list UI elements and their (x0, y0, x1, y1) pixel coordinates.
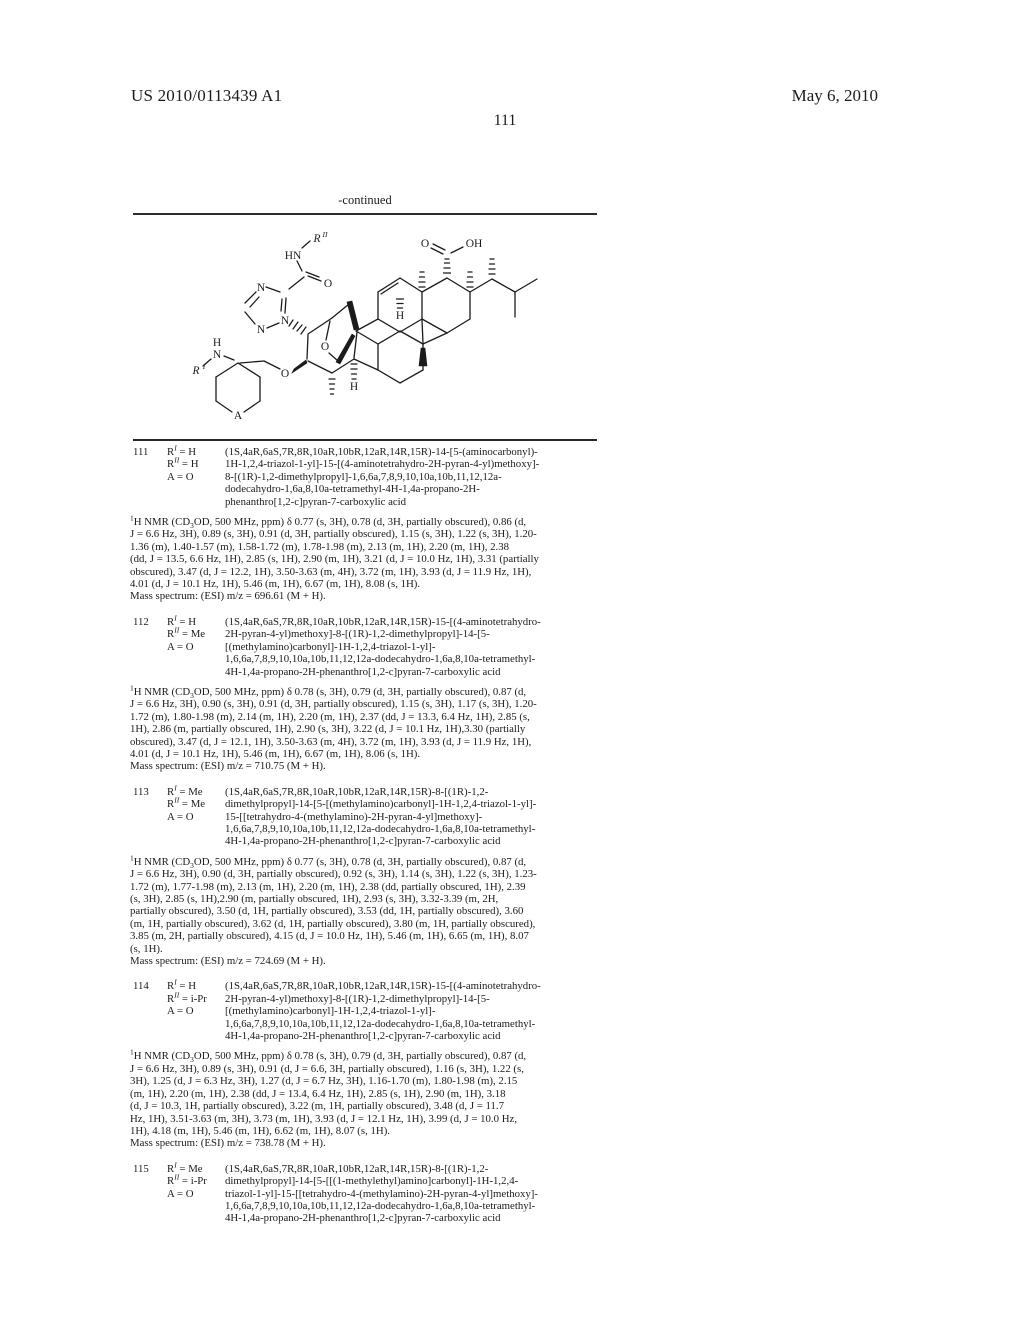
name-line: 4H-1,4a-propano-2H-phenanthro[1,2-c]pyra… (225, 666, 604, 678)
triazole-n4-label: N (257, 282, 266, 294)
compound-name: (1S,4aR,6aS,7R,8R,10aR,10bR,12aR,14R,15R… (225, 980, 604, 1042)
nmr-line: 1.72 (m), 1.80-1.98 (m), 2.14 (m, 1H), 2… (130, 711, 604, 723)
nmr-line: 1H NMR (CD3OD, 500 MHz, ppm) δ 0.78 (s, … (130, 1050, 604, 1062)
compound-name: (1S,4aR,6aS,7R,8R,10aR,10bR,12aR,14R,15R… (225, 446, 604, 508)
patent-page: US 2010/0113439 A1 May 6, 2010 111 -cont… (0, 0, 1024, 1320)
name-line: 4H-1,4a-propano-2H-phenanthro[1,2-c]pyra… (225, 1212, 604, 1224)
nmr-line: obscured), 3.47 (d, J = 12.2, 1H), 3.50-… (130, 566, 604, 578)
substituent-column: RI = HRII = HA = O (167, 446, 225, 483)
r2-superscript: II (322, 230, 328, 239)
compound-name: (1S,4aR,6aS,7R,8R,10aR,10bR,12aR,14R,15R… (225, 616, 604, 678)
nmr-line: 3.85 (m, 2H, partially obscured), 4.15 (… (130, 930, 604, 942)
triazole-n2-label: N (257, 324, 266, 336)
name-line: dimethylpropyl]-14-[5-[[(1-methylethyl)a… (225, 1175, 604, 1187)
substituent-column: RI = HRII = MeA = O (167, 616, 225, 653)
nmr-line: (d, J = 10.3, 1H, partially obscured), 3… (130, 1100, 604, 1112)
nmr-section: 1H NMR (CD3OD, 500 MHz, ppm) δ 0.78 (s, … (130, 1050, 604, 1137)
substituent-line: A = O (167, 471, 225, 483)
cage-h-label: H (350, 381, 358, 393)
compound-head: 112RI = HRII = MeA = O(1S,4aR,6aS,7R,8R,… (130, 616, 604, 678)
amine-n-label: N (213, 349, 222, 361)
superscript: 1 (130, 513, 134, 522)
nmr-line: (s, 3H), 2.85 (s, 1H),2.90 (m, partially… (130, 893, 604, 905)
mass-line: Mass spectrum: (ESI) m/z = 710.75 (M + H… (130, 760, 604, 772)
name-line: (1S,4aR,6aS,7R,8R,10aR,10bR,12aR,14R,15R… (225, 1163, 604, 1175)
name-line: [(methylamino)carbonyl]-1H-1,2,4-triazol… (225, 641, 604, 653)
name-line: 2H-pyran-4-yl)methoxy]-8-[(1R)-1,2-dimet… (225, 628, 604, 640)
r2-label: R (312, 233, 320, 245)
compound-block: 115RI = MeRII = i-PrA = O(1S,4aR,6aS,7R,… (130, 1163, 604, 1225)
substituent-column: RI = MeRII = MeA = O (167, 786, 225, 823)
ether-o-label: O (281, 368, 289, 380)
nmr-line: 1.72 (m), 1.77-1.98 (m), 2.13 (m, 1H), 2… (130, 881, 604, 893)
compound-name: (1S,4aR,6aS,7R,8R,10aR,10bR,12aR,14R,15R… (225, 786, 604, 848)
name-line: 1,6,6a,7,8,9,10,10a,10b,11,12,12a-dodeca… (225, 1200, 604, 1212)
ring-junction-h-label: H (396, 310, 404, 322)
nmr-line: (dd, J = 13.5, 6.6 Hz, 1H), 2.85 (s, 1H)… (130, 553, 604, 565)
nmr-line: 3H), 1.25 (d, J = 6.3 Hz, 3H), 1.27 (d, … (130, 1075, 604, 1087)
nmr-line: (m, 1H), 2.20 (m, 1H), 2.38 (dd, J = 13.… (130, 1088, 604, 1100)
r-superscript: I (174, 613, 177, 622)
r-superscript: II (174, 626, 179, 635)
r-superscript: II (174, 796, 179, 805)
chemical-structure: N N N HN R II O O O N H R I A O OH H H (133, 216, 597, 438)
mass-line: Mass spectrum: (ESI) m/z = 738.78 (M + H… (130, 1137, 604, 1149)
name-line: (1S,4aR,6aS,7R,8R,10aR,10bR,12aR,14R,15R… (225, 446, 604, 458)
compound-block: 113RI = MeRII = MeA = O(1S,4aR,6aS,7R,8R… (130, 786, 604, 968)
nmr-line: Hz, 1H), 3.51-3.63 (m, 3H), 3.73 (m, 1H)… (130, 1113, 604, 1125)
patent-number: US 2010/0113439 A1 (131, 86, 282, 106)
nmr-line: 1H NMR (CD3OD, 500 MHz, ppm) δ 0.77 (s, … (130, 516, 604, 528)
compound-block: 112RI = HRII = MeA = O(1S,4aR,6aS,7R,8R,… (130, 616, 604, 773)
name-line: 1,6,6a,7,8,9,10,10a,10b,11,12,12a-dodeca… (225, 1018, 604, 1030)
name-line: dodecahydro-1,6a,8,10a-tetramethyl-4H-1,… (225, 483, 604, 495)
substituent-line: RII = i-Pr (167, 993, 225, 1005)
amine-h-label: H (213, 337, 221, 349)
superscript: 1 (130, 683, 134, 692)
r1-superscript: I (202, 362, 206, 371)
name-line: (1S,4aR,6aS,7R,8R,10aR,10bR,12aR,14R,15R… (225, 786, 604, 798)
nmr-line: J = 6.6 Hz, 3H), 0.89 (s, 3H), 0.91 (d, … (130, 528, 604, 540)
name-line: (1S,4aR,6aS,7R,8R,10aR,10bR,12aR,14R,15R… (225, 616, 604, 628)
nmr-line: J = 6.6 Hz, 3H), 0.90 (s, 3H), 0.91 (d, … (130, 698, 604, 710)
r-superscript: II (174, 1173, 179, 1182)
nmr-line: J = 6.6 Hz, 3H), 0.89 (s, 3H), 0.91 (d, … (130, 1063, 604, 1075)
substituent-line: A = O (167, 1188, 225, 1200)
name-line: 2H-pyran-4-yl)methoxy]-8-[(1R)-1,2-dimet… (225, 993, 604, 1005)
substituent-line: A = O (167, 811, 225, 823)
substituent-line: RII = i-Pr (167, 1175, 225, 1187)
r-superscript: I (174, 1160, 177, 1169)
nmr-line: 1H NMR (CD3OD, 500 MHz, ppm) δ 0.78 (s, … (130, 686, 604, 698)
substituent-column: RI = MeRII = i-PrA = O (167, 1163, 225, 1200)
nmr-section: 1H NMR (CD3OD, 500 MHz, ppm) δ 0.77 (s, … (130, 516, 604, 590)
mass-line: Mass spectrum: (ESI) m/z = 724.69 (M + H… (130, 955, 604, 967)
compound-list: 111RI = HRII = HA = O(1S,4aR,6aS,7R,8R,1… (130, 446, 604, 1225)
substituent-line: RII = Me (167, 798, 225, 810)
name-line: 1,6,6a,7,8,9,10,10a,10b,11,12,12a-dodeca… (225, 653, 604, 665)
nmr-line: 1.36 (m), 1.40-1.57 (m), 1.58-1.72 (m), … (130, 541, 604, 553)
name-line: 4H-1,4a-propano-2H-phenanthro[1,2-c]pyra… (225, 835, 604, 847)
name-line: 15-[[tetrahydro-4-(methylamino)-2H-pyran… (225, 811, 604, 823)
carboxyl-o-label: O (421, 238, 429, 250)
name-line: phenanthro[1,2-c]pyran-7-carboxylic acid (225, 496, 604, 508)
triazole-n1-label: N (281, 315, 290, 327)
compound-head: 111RI = HRII = HA = O(1S,4aR,6aS,7R,8R,1… (130, 446, 604, 508)
superscript: 1 (130, 853, 134, 862)
compound-number: 111 (130, 446, 167, 458)
compound-head: 115RI = MeRII = i-PrA = O(1S,4aR,6aS,7R,… (130, 1163, 604, 1225)
superscript: 1 (130, 1048, 134, 1057)
nmr-line: J = 6.6 Hz, 3H), 0.90 (d, 3H, partially … (130, 868, 604, 880)
substituent-line: A = O (167, 1005, 225, 1017)
name-line: 1H-1,2,4-triazol-1-yl]-15-[(4-aminotetra… (225, 458, 604, 470)
name-line: 8-[(1R)-1,2-dimethylpropyl]-1,6,6a,7,8,9… (225, 471, 604, 483)
compound-number: 113 (130, 786, 167, 798)
compound-head: 113RI = MeRII = MeA = O(1S,4aR,6aS,7R,8R… (130, 786, 604, 848)
name-line: triazol-1-yl]-15-[[tetrahydro-4-(methyla… (225, 1188, 604, 1200)
nmr-line: 1H), 4.18 (m, 1H), 5.46 (m, 1H), 6.62 (m… (130, 1125, 604, 1137)
compound-block: 114RI = HRII = i-PrA = O(1S,4aR,6aS,7R,8… (130, 980, 604, 1149)
nmr-section: 1H NMR (CD3OD, 500 MHz, ppm) δ 0.77 (s, … (130, 856, 604, 955)
name-line: [(methylamino)carbonyl]-1H-1,2,4-triazol… (225, 1005, 604, 1017)
compound-number: 115 (130, 1163, 167, 1175)
nmr-line: 4.01 (d, J = 10.1 Hz, 1H), 5.46 (m, 1H),… (130, 748, 604, 760)
nmr-line: (m, 1H, partially obscured), 3.62 (d, 1H… (130, 918, 604, 930)
nmr-line: 1H NMR (CD3OD, 500 MHz, ppm) δ 0.77 (s, … (130, 856, 604, 868)
nmr-section: 1H NMR (CD3OD, 500 MHz, ppm) δ 0.78 (s, … (130, 686, 604, 760)
continued-label: -continued (133, 193, 597, 208)
amide-hn-label: HN (285, 250, 302, 262)
r-superscript: II (174, 456, 179, 465)
r-superscript: I (174, 443, 177, 452)
r-superscript: II (174, 990, 179, 999)
name-line: (1S,4aR,6aS,7R,8R,10aR,10bR,12aR,14R,15R… (225, 980, 604, 992)
substituent-line: RII = Me (167, 628, 225, 640)
substituent-line: RII = H (167, 458, 225, 470)
name-line: 1,6,6a,7,8,9,10,10a,10b,11,12,12a-dodeca… (225, 823, 604, 835)
name-line: dimethylpropyl]-14-[5-[(methylamino)carb… (225, 798, 604, 810)
name-line: 4H-1,4a-propano-2H-phenanthro[1,2-c]pyra… (225, 1030, 604, 1042)
compound-name: (1S,4aR,6aS,7R,8R,10aR,10bR,12aR,14R,15R… (225, 1163, 604, 1225)
compound-block: 111RI = HRII = HA = O(1S,4aR,6aS,7R,8R,1… (130, 446, 604, 603)
nmr-line: partially obscured), 3.50 (d, 1H, partia… (130, 905, 604, 917)
page-number: 111 (0, 112, 1010, 130)
nmr-line: (s, 1H). (130, 943, 604, 955)
carboxyl-oh-label: OH (466, 238, 483, 250)
nmr-line: 4.01 (d, J = 10.1 Hz, 1H), 5.46 (m, 1H),… (130, 578, 604, 590)
mass-line: Mass spectrum: (ESI) m/z = 696.61 (M + H… (130, 590, 604, 602)
amide-o-label: O (324, 278, 332, 290)
compound-number: 114 (130, 980, 167, 992)
substituent-line: A = O (167, 641, 225, 653)
compound-number: 112 (130, 616, 167, 628)
substituent-column: RI = HRII = i-PrA = O (167, 980, 225, 1017)
r1-label: R (191, 365, 199, 377)
r-superscript: I (174, 783, 177, 792)
thp-a-label: A (234, 410, 243, 422)
nmr-line: obscured), 3.47 (d, J = 12.1, 1H), 3.50-… (130, 736, 604, 748)
figure-bottom-rule (133, 439, 597, 441)
pyran-o-label: O (321, 341, 329, 353)
publication-date: May 6, 2010 (792, 86, 878, 106)
nmr-line: 1H), 2.86 (m, partially obscured, 1H), 2… (130, 723, 604, 735)
r-superscript: I (174, 978, 177, 987)
compound-head: 114RI = HRII = i-PrA = O(1S,4aR,6aS,7R,8… (130, 980, 604, 1042)
